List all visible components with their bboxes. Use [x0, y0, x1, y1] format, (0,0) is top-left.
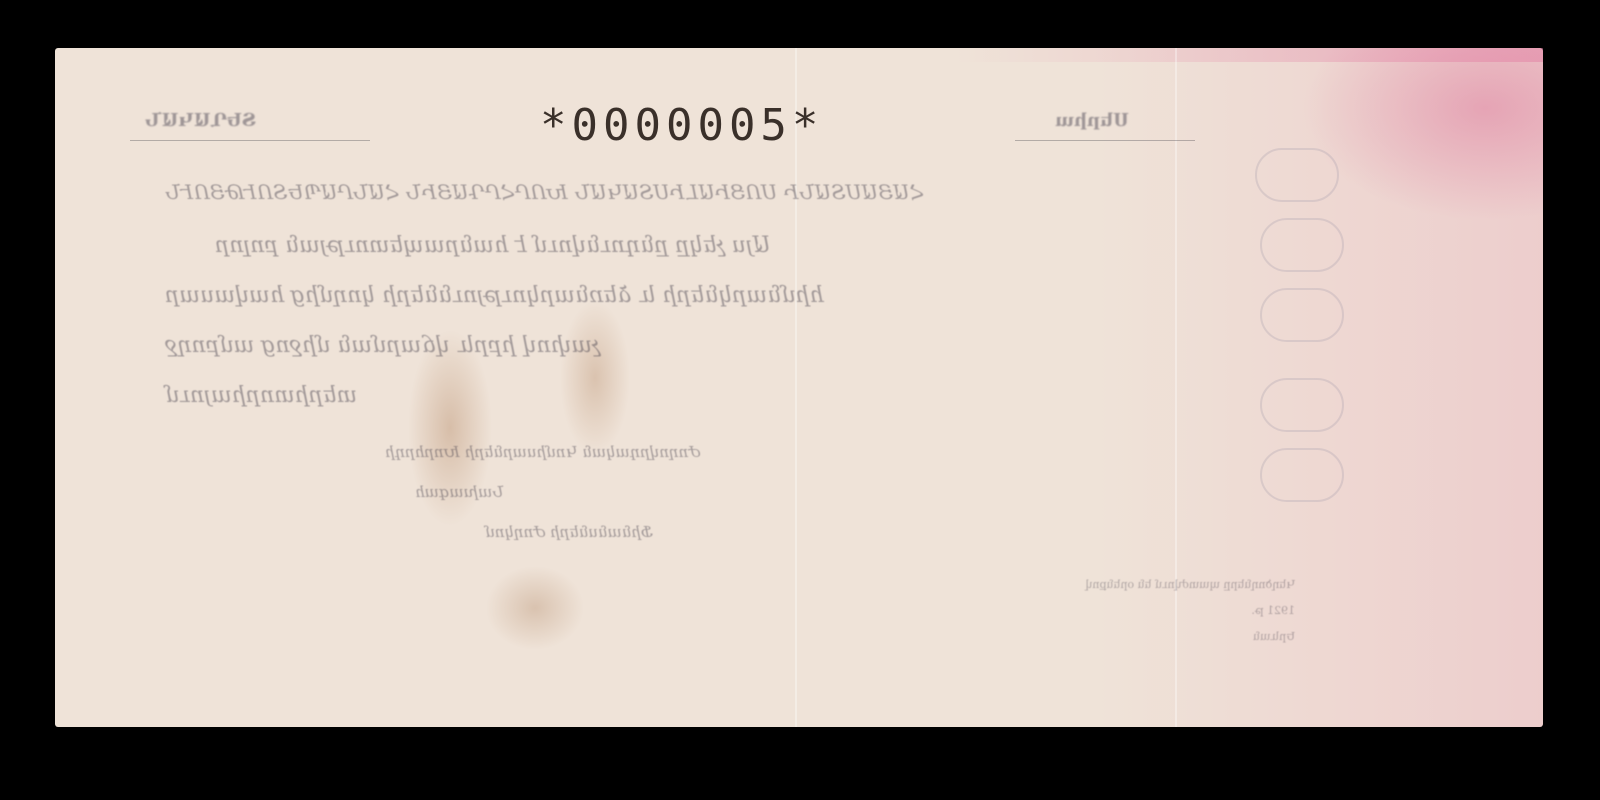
signature-line: Ֆինանսների Ժողկոմ — [485, 523, 653, 541]
top-left-label: ՏԵՂԱԿԱՆ — [145, 110, 256, 131]
watermark-oval — [1260, 448, 1344, 502]
body-line: չափով իբրև վճարման միջոց ամբողջ — [165, 333, 600, 358]
footer-line: 1921 թ. — [595, 604, 1295, 624]
top-right-label: Սերիա — [1055, 110, 1129, 131]
top-right-underline — [1015, 140, 1195, 141]
top-left-underline — [130, 140, 370, 141]
body-line: տերիտորիայում — [165, 383, 357, 408]
signature-line: Նախագահ — [415, 483, 504, 501]
watermark-oval — [1260, 378, 1344, 432]
banknote-reverse: ՏԵՂԱԿԱՆ *0000005* Սերիա ՀԱՅԱՍՏԱՆԻ ՍՈՑԻԱԼ… — [55, 48, 1543, 727]
body-line: Այս չեկը ընդունվում է հանրապետության բոլ… — [215, 233, 771, 258]
heading-line: ՀԱՅԱՍՏԱՆԻ ՍՈՑԻԱԼԻՍՏԱԿԱՆ ԽՈՐՀՐԴԱՅԻՆ ՀԱՆՐԱ… — [165, 180, 924, 204]
watermark-oval — [1260, 218, 1344, 272]
watermark-oval — [1260, 288, 1344, 342]
pink-stain-band — [955, 48, 1543, 62]
footer-text: Կեղծողները պատժվում են օրենքով 1921 թ. Ե… — [595, 578, 1295, 656]
body-line: հիմնարկների և ձեռնարկությունների կողմից … — [165, 283, 823, 308]
watermark-oval — [1255, 148, 1339, 202]
footer-line: Կեղծողները պատժվում են օրենքով — [595, 578, 1295, 598]
perforated-serial: *0000005* — [540, 100, 823, 151]
signature-line: Ժողովրդական Կոմիսարների Խորհրդի — [385, 443, 700, 461]
footer-line: Երևան — [595, 630, 1295, 650]
